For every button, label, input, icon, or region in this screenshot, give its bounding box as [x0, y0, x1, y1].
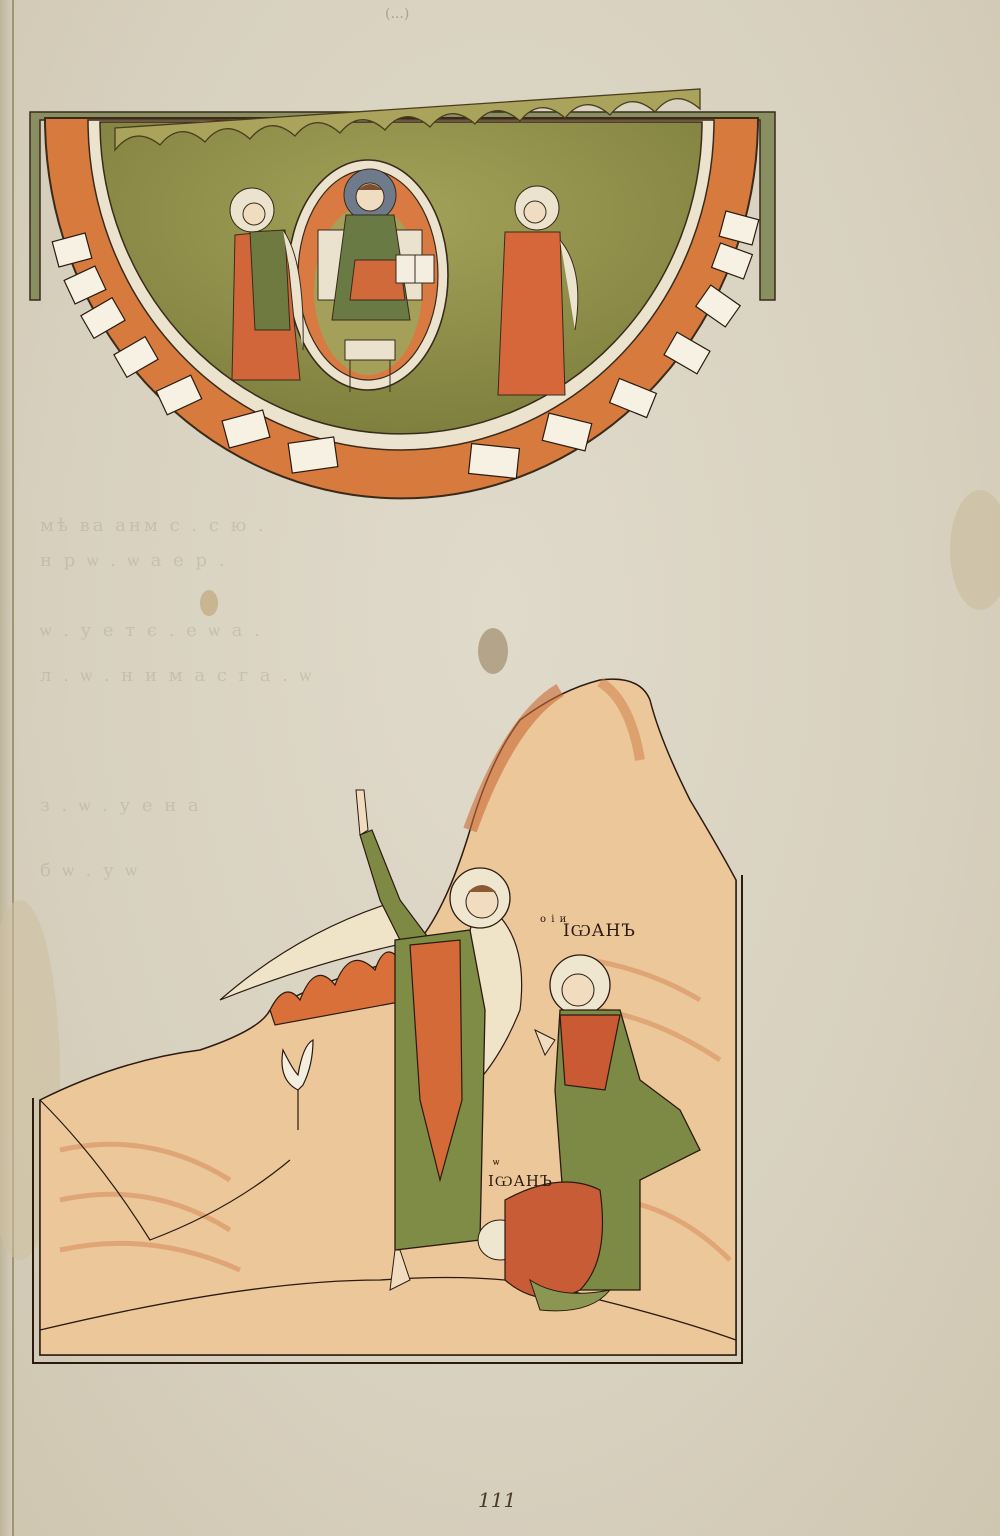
- label-abbrev-prochorus: ѡ: [493, 1157, 500, 1168]
- lower-miniature: [0, 0, 1000, 1536]
- label-prochorus: ІѠАНЪ: [488, 1172, 553, 1191]
- label-john: ІѠАНЪ: [563, 921, 636, 941]
- folio-number: 111: [478, 1488, 516, 1512]
- manuscript-page: (...) мѣ ва анм с . с ю . н р ѡ . ѡ а е …: [0, 0, 1000, 1536]
